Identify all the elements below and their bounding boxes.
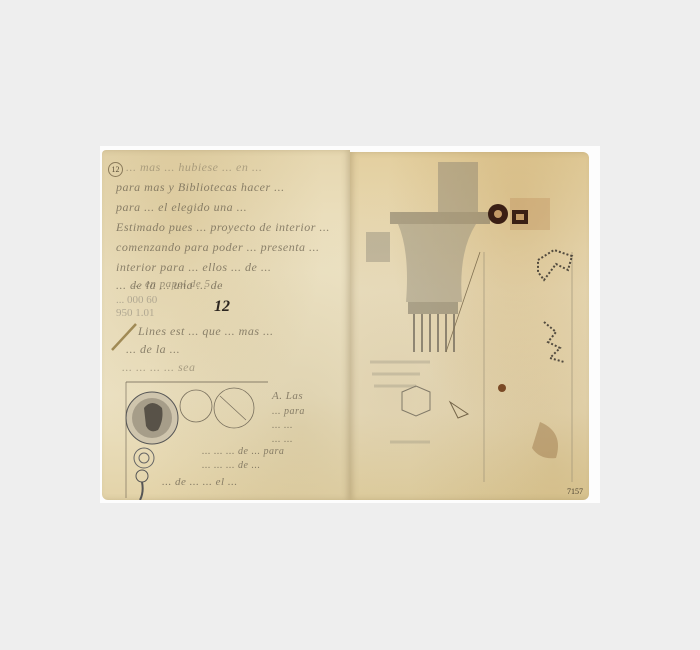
handwriting-line: para ... el elegido una ...: [116, 200, 247, 215]
handwriting-line: ... mas ... hubiese ... en ...: [126, 160, 262, 175]
side-note: ... ...: [272, 420, 293, 431]
gothic-column-sketch: [366, 162, 490, 442]
faint-number-line: 950 1.01: [116, 307, 157, 320]
page-number-circled: 12: [108, 162, 123, 177]
side-note: ... para: [272, 406, 305, 417]
handwriting-line: ... ... ... de ... para: [202, 446, 284, 457]
handwriting-line: ... de ... ... el ...: [162, 476, 238, 488]
handwriting-line: Estimado pues ... proyecto de interior .…: [116, 220, 330, 235]
handwriting-line: ... ... ... ... sea: [122, 360, 196, 375]
side-note: ... ...: [272, 434, 293, 445]
right-page: 7157: [350, 152, 589, 500]
handwriting-line: ... en papel de 5 ...: [132, 278, 223, 290]
side-note: A. Las: [272, 390, 303, 402]
handwriting-line: comenzando para poder ... presenta ...: [116, 240, 320, 255]
sketches-layer: [350, 152, 589, 500]
handwriting-line: interior para ... ellos ... de ...: [116, 260, 271, 275]
left-page: 12 ... mas ... hubiese ... en ... para m…: [102, 150, 350, 500]
faint-numbers: ... 000 60 950 1.01: [116, 294, 157, 320]
handwriting-line: ... de la ...: [126, 342, 180, 357]
handwriting-line: Lines est ... que ... mas ...: [138, 324, 274, 339]
handwriting-line: para mas y Bibliotecas hacer ...: [116, 180, 285, 195]
catalog-number: 7157: [567, 487, 583, 496]
large-page-number: 12: [214, 298, 230, 316]
faint-number-line: ... 000 60: [116, 294, 157, 307]
handwriting-line: ... ... ... de ...: [202, 460, 260, 471]
